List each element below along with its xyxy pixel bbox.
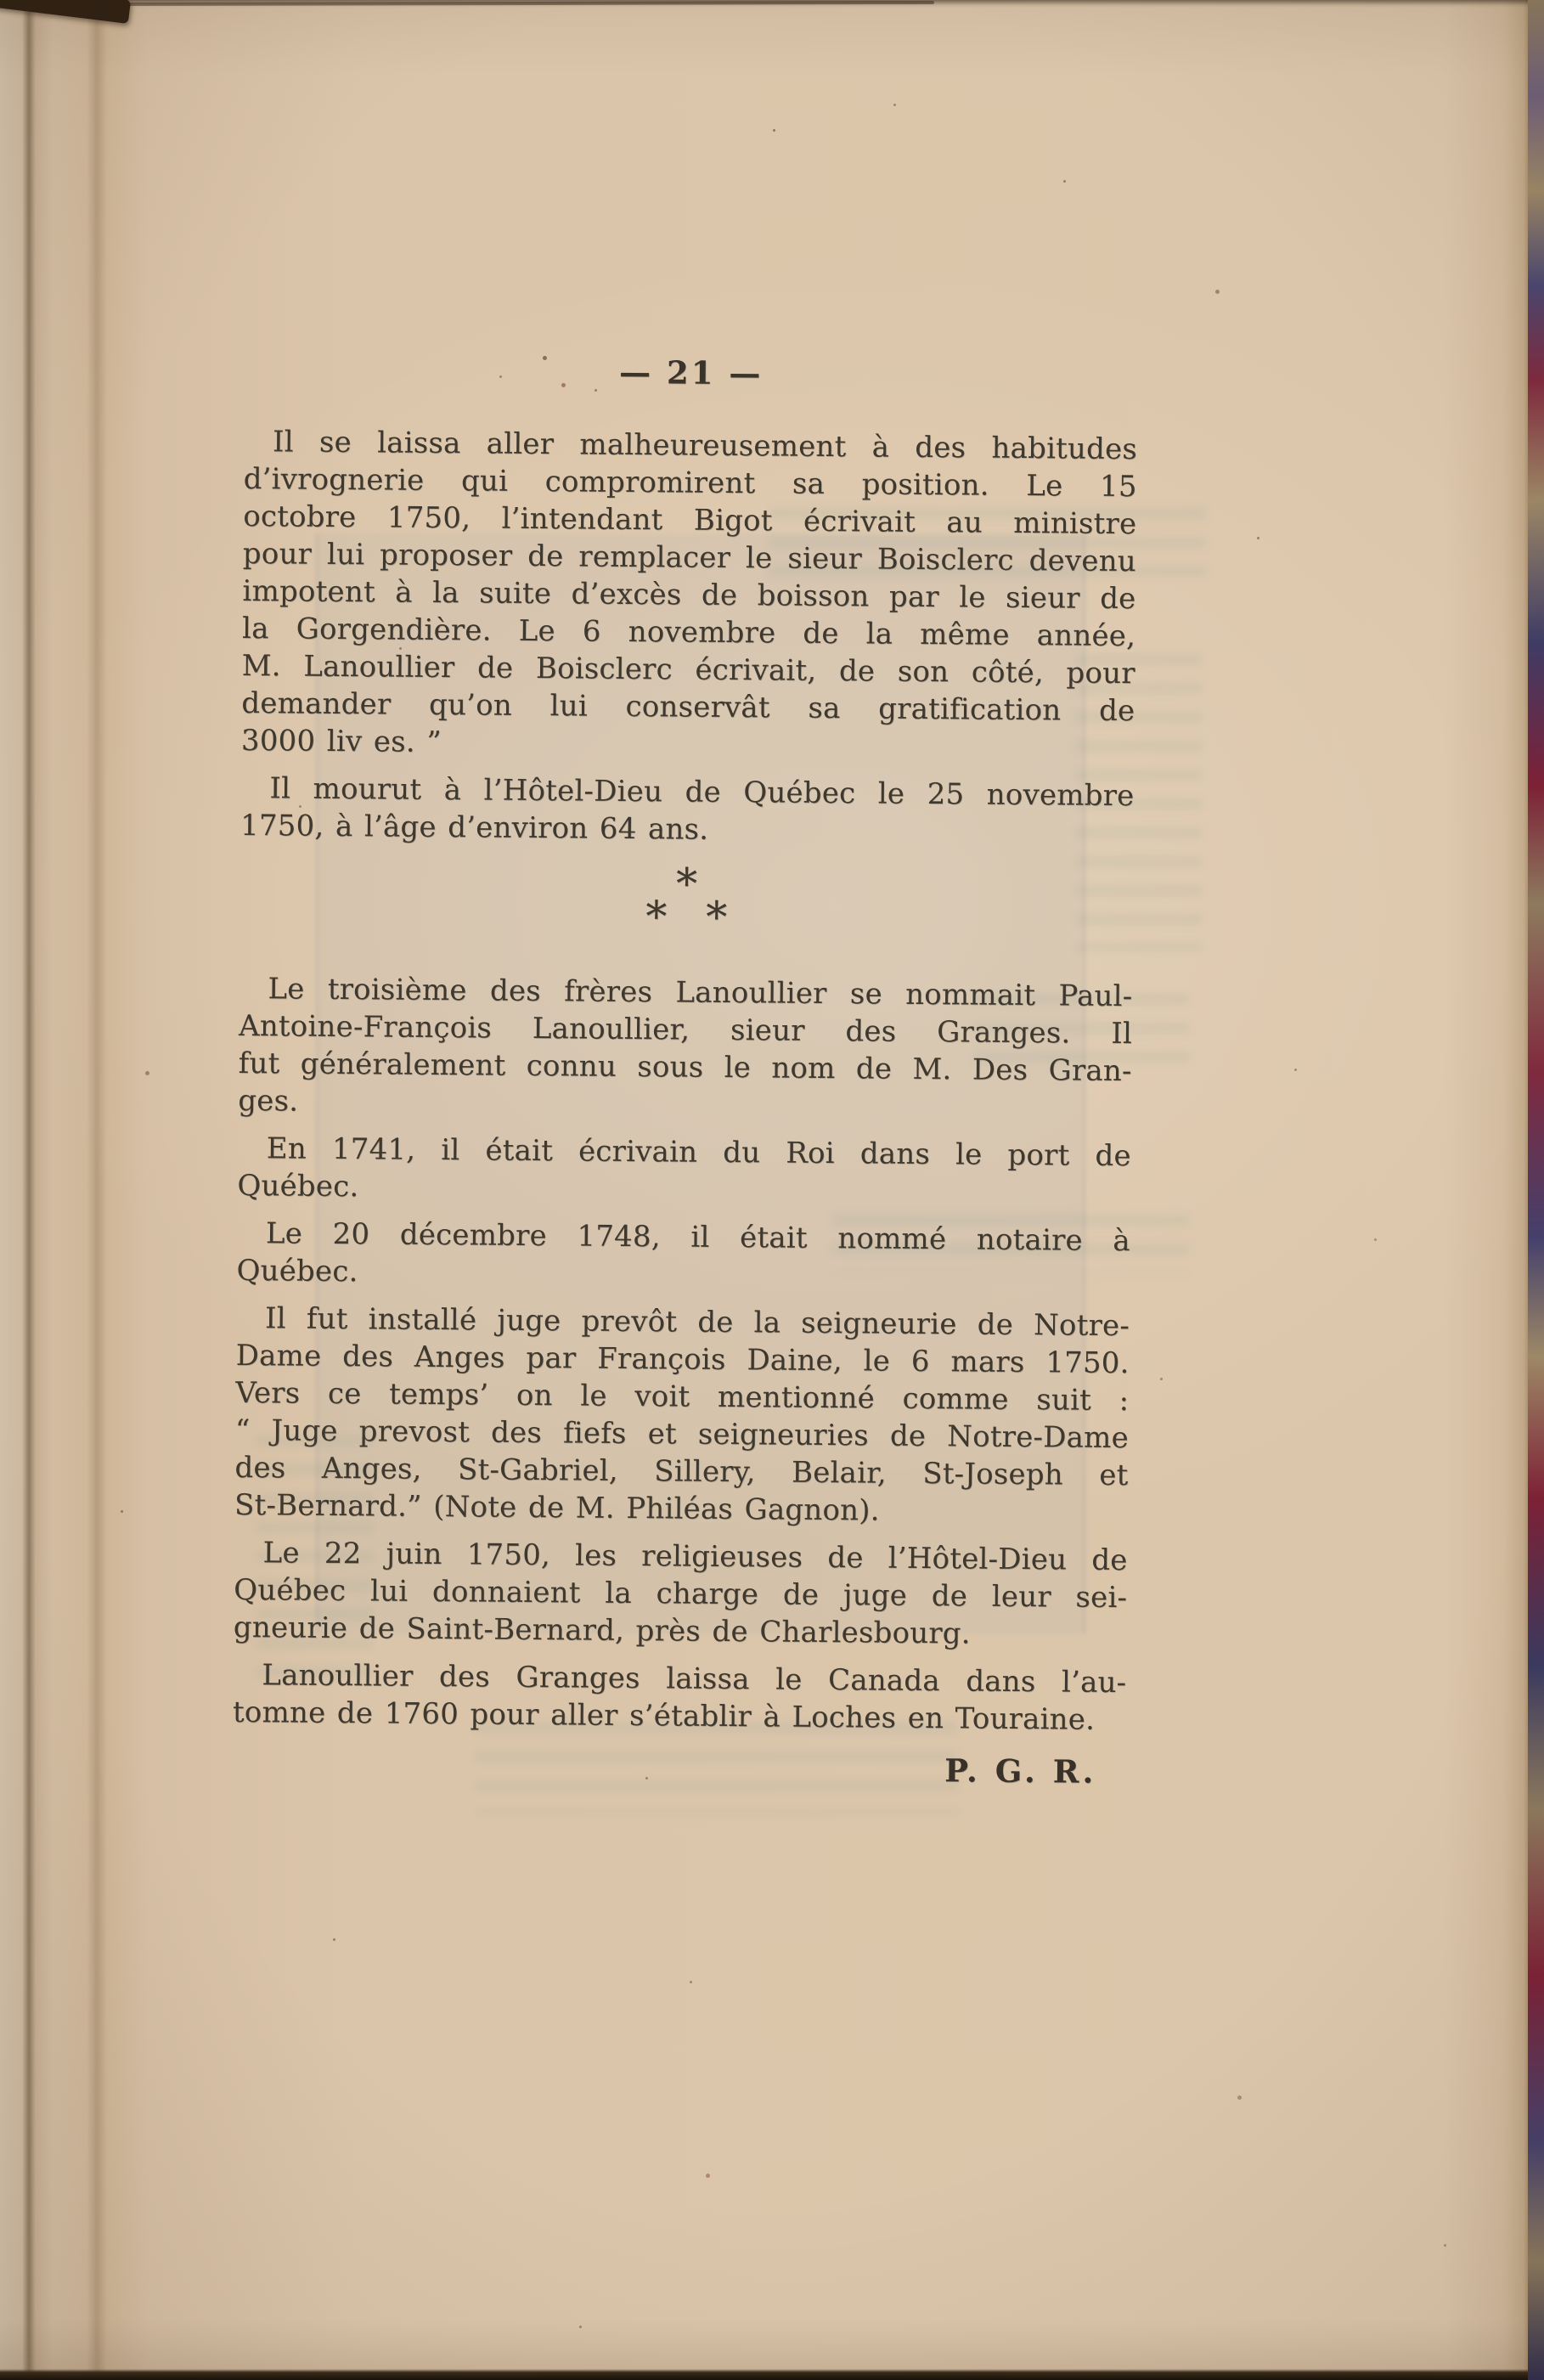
marbled-cover-edge bbox=[1528, 0, 1544, 2380]
text-line: 3000 liv es. ” bbox=[241, 722, 1135, 767]
signature-initials: P. G. R. bbox=[232, 1745, 1125, 1791]
page-number: — 21 — bbox=[245, 350, 1138, 395]
text-line: St-Bernard.” (Note de M. Philéas Gagnon)… bbox=[234, 1486, 1128, 1531]
scanned-book-page: { "document": { "page_number": "— 21 —",… bbox=[0, 0, 1544, 2380]
paragraph: Le 22 juin 1750, les religieuses de l’Hô… bbox=[234, 1534, 1128, 1654]
paragraph: Le 20 décembre 1748, il était nommé nota… bbox=[236, 1215, 1130, 1297]
text-line: fut généralement connu sous le nom de M.… bbox=[238, 1045, 1131, 1090]
text-line: tomne de 1760 pour aller s’établir à Loc… bbox=[233, 1694, 1126, 1739]
printed-content: — 21 — Il se laissa aller malheureusemen… bbox=[232, 350, 1138, 1791]
text-line: ges. bbox=[238, 1082, 1131, 1127]
paragraph: En 1741, il était écrivain du Roi dans l… bbox=[237, 1130, 1131, 1212]
text-block: Il se laissa aller malheureusement à des… bbox=[233, 423, 1137, 1739]
text-line: En 1741, il était écrivain du Roi dans l… bbox=[238, 1130, 1131, 1175]
paragraph: Il mourut à l’Hôtel-Dieu de Québec le 25… bbox=[240, 770, 1135, 852]
text-line: Le 20 décembre 1748, il était nommé nota… bbox=[237, 1215, 1130, 1260]
asterisk-glyphs: * * bbox=[239, 895, 1133, 939]
paragraph: Le troisième des frères Lanoullier se no… bbox=[238, 970, 1132, 1127]
text-line: gneurie de Saint-Bernard, près de Charle… bbox=[234, 1609, 1127, 1654]
text-line: 1750, à l’âge d’environ 64 ans. bbox=[240, 807, 1134, 852]
text-line: Québec. bbox=[237, 1167, 1130, 1212]
book-bottom-edge-shadow bbox=[0, 2369, 1544, 2380]
paragraph: Il fut installé juge prevôt de la seigne… bbox=[234, 1300, 1130, 1531]
paragraph: Lanoullier des Granges laissa le Canada … bbox=[233, 1656, 1127, 1739]
asterism-separator: ** * bbox=[239, 863, 1134, 939]
text-line: Québec. bbox=[236, 1252, 1130, 1297]
paragraph: Il se laissa aller malheureusement à des… bbox=[241, 423, 1137, 767]
